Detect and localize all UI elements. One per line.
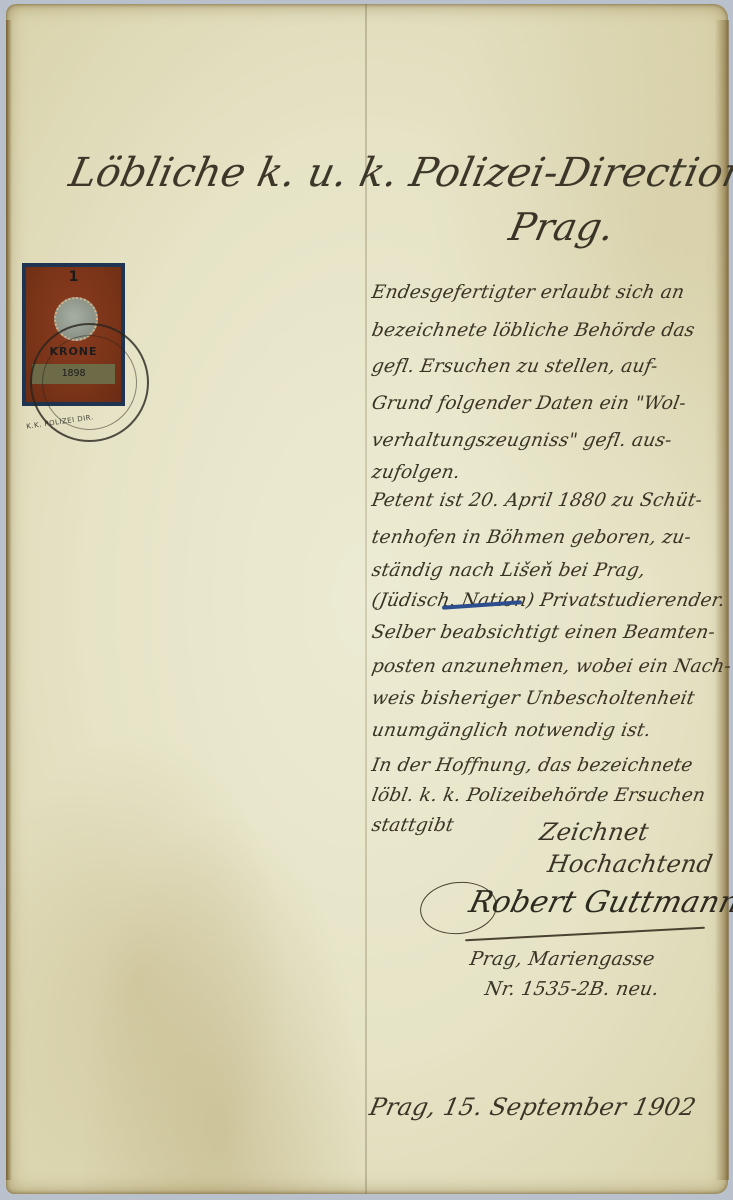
body-line: Selber beabsichtigt einen Beamten-: [370, 622, 717, 643]
paper-edge-left: [6, 20, 12, 1180]
body-line: In der Hoffnung, das bezeichnete: [370, 755, 694, 776]
addressee-city: Prag.: [505, 205, 618, 249]
body-line: Petent ist 20. April 1880 zu Schüt-: [370, 490, 704, 511]
body-line: zufolgen.: [370, 462, 462, 483]
body-line: gefl. Ersuchen zu stellen, auf-: [370, 356, 659, 377]
body-line: (Jüdisch. Nation) Privatstudierender.: [370, 590, 727, 611]
body-line: posten anzunehmen, wobei ein Nach-: [370, 656, 733, 677]
addressee-heading: Löbliche k. u. k. Polizei-Direction: [65, 150, 733, 196]
body-line: stattgibt: [370, 815, 455, 836]
body-line: tenhofen in Böhmen geboren, zu-: [370, 527, 693, 548]
body-line: löbl. k. k. Polizeibehörde Ersuchen: [370, 785, 707, 806]
body-line: weis bisheriger Unbescholtenheit: [370, 688, 696, 709]
body-line: unumgänglich notwendig ist.: [370, 720, 652, 741]
body-line: verhaltungszeugniss" gefl. aus-: [370, 430, 673, 451]
signature: Robert Guttmann: [466, 885, 733, 920]
sender-address-number: Nr. 1535-2B. neu.: [483, 978, 661, 1000]
body-line: ständig nach Lišeň bei Prag,: [370, 560, 647, 581]
stamp-value: 1: [26, 269, 121, 285]
body-line: bezeichnete löbliche Behörde das: [370, 320, 696, 341]
sender-address-street: Prag, Mariengasse: [468, 948, 656, 970]
body-line: Endesgefertigter erlaubt sich an: [370, 282, 686, 303]
closing-line-1: Zeichnet: [538, 818, 651, 846]
closing-line-2: Hochachtend: [546, 850, 715, 878]
body-line: Grund folgender Daten ein "Wol-: [370, 393, 687, 414]
date-line: Prag, 15. September 1902: [367, 1093, 698, 1121]
